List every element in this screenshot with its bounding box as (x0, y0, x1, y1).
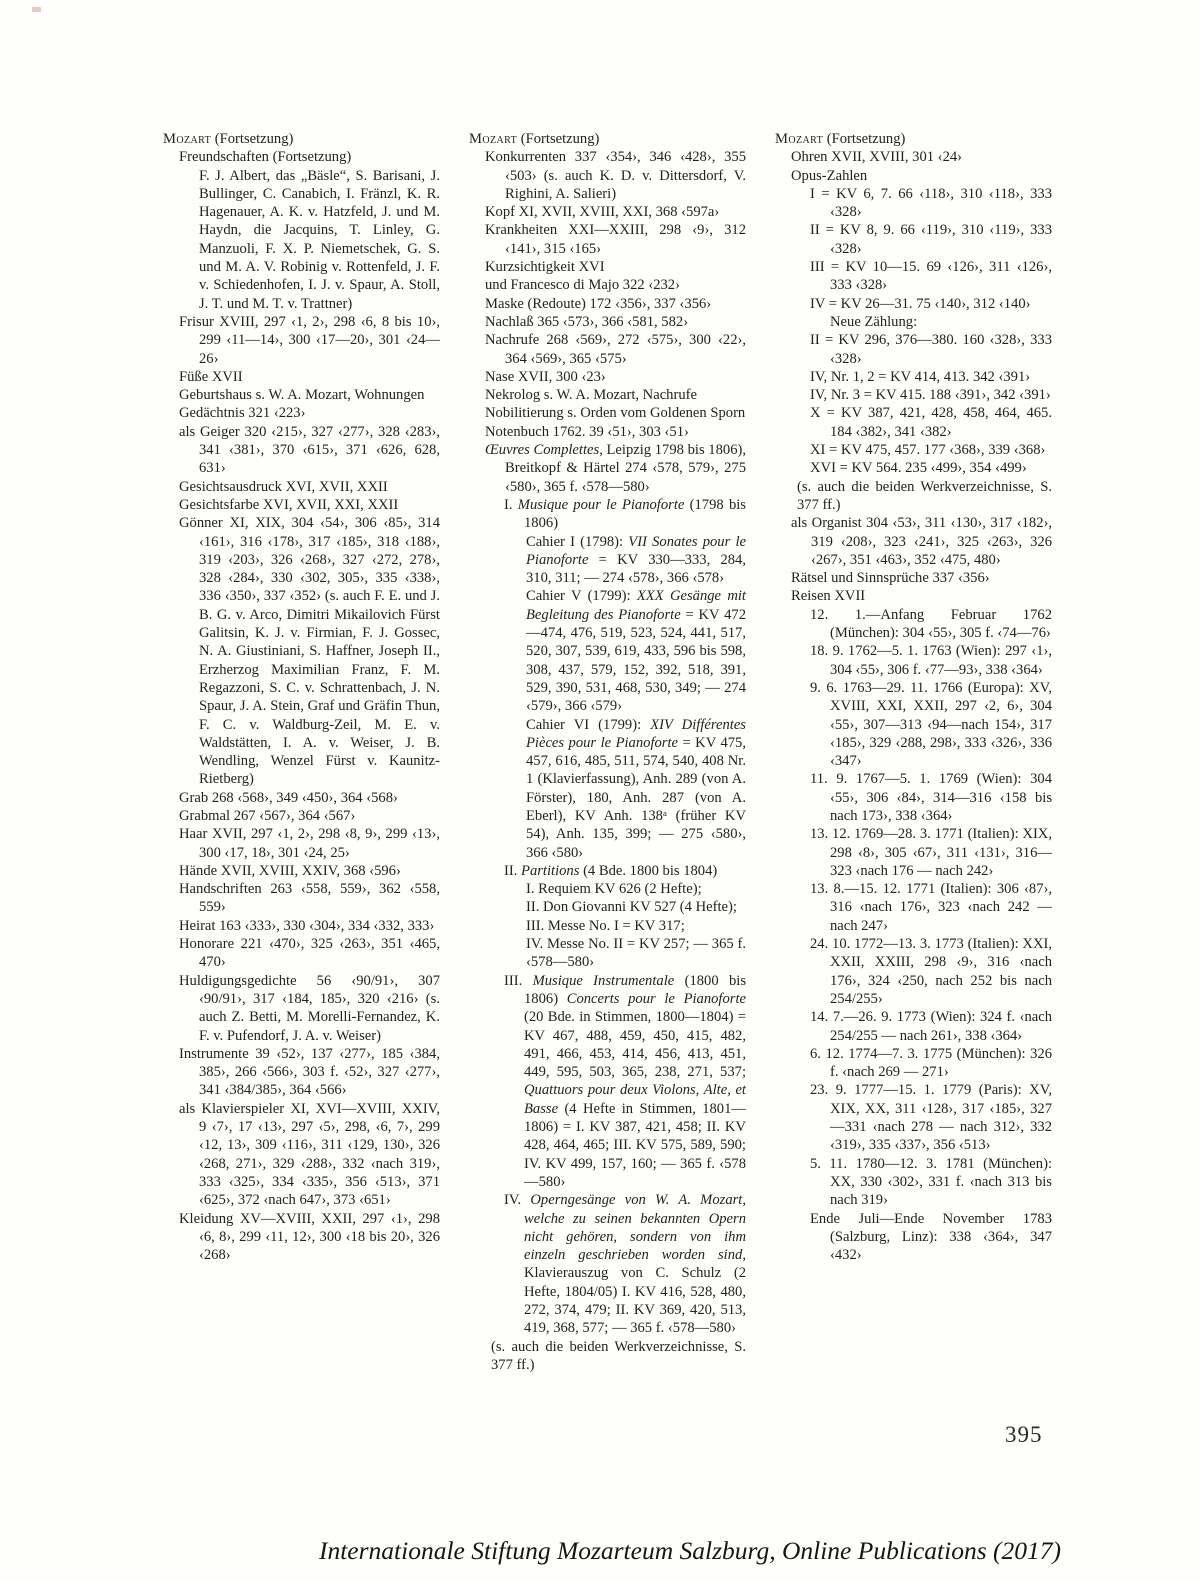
index-entry: IV. Messe No. II = KV 257; — 365 f. ‹578… (469, 935, 746, 972)
index-entry: und Francesco di Majo 322 ‹232› (469, 276, 746, 294)
index-entry: Œuvres Complettes, Leipzig 1798 bis 1806… (469, 441, 746, 496)
index-entry: 6. 12. 1774—7. 3. 1775 (München): 326 f.… (775, 1045, 1052, 1082)
index-entry: Gesichtsausdruck XVI, XVII, XXII (163, 478, 440, 496)
scan-artifact-mark (32, 7, 41, 12)
index-entry: Kleidung XV—XVIII, XXII, 297 ‹1›, 298 ‹6… (163, 1210, 440, 1265)
index-entry: I. Musique pour le Pianoforte (1798 bis … (469, 496, 746, 533)
index-entry: Heirat 163 ‹333›, 330 ‹304›, 334 ‹332, 3… (163, 917, 440, 935)
index-entry: II. Don Giovanni KV 527 (4 Hefte); (469, 898, 746, 916)
index-entry: 9. 6. 1763—29. 11. 1766 (Europa): XV, XV… (775, 679, 1052, 770)
index-entry: 18. 9. 1762—5. 1. 1763 (Wien): 297 ‹1›, … (775, 642, 1052, 679)
index-entry: Geburtshaus s. W. A. Mozart, Wohnungen (163, 386, 440, 404)
index-entry: Füße XVII (163, 368, 440, 386)
index-entry: Ohren XVII, XVIII, 301 ‹24› (775, 148, 1052, 166)
index-entry: IV. Operngesänge von W. A. Mozart, welch… (469, 1191, 746, 1337)
index-entry: Grab 268 ‹568›, 349 ‹450›, 364 ‹568› (163, 789, 440, 807)
index-column-middle: Mozart (Fortsetzung)Konkurrenten 337 ‹35… (469, 130, 746, 1374)
index-entry: IV, Nr. 3 = KV 415. 188 ‹391›, 342 ‹391› (775, 386, 1052, 404)
index-entry: Cahier I (1798): VII Sonates pour le Pia… (469, 533, 746, 588)
index-entry: als Klavierspieler XI, XVI—XVIII, XXIV, … (163, 1100, 440, 1210)
index-entry: 14. 7.—26. 9. 1773 (Wien): 324 f. ‹nach … (775, 1008, 1052, 1045)
heading-smallcaps: Mozart (775, 131, 823, 147)
column-heading: Mozart (Fortsetzung) (469, 130, 746, 148)
index-entry: Gönner XI, XIX, 304 ‹54›, 306 ‹85›, 314 … (163, 514, 440, 788)
index-entry: Notenbuch 1762. 39 ‹51›, 303 ‹51› (469, 423, 746, 441)
index-entry: IV, Nr. 1, 2 = KV 414, 413. 342 ‹391› (775, 368, 1052, 386)
index-entry: Nachlaß 365 ‹573›, 366 ‹581, 582› (469, 313, 746, 331)
index-entry: (s. auch die beiden Werkverzeichnisse, S… (469, 1338, 746, 1375)
index-entry: Cahier VI (1799): XIV Différentes Pièces… (469, 716, 746, 862)
index-entry: Rätsel und Sinnsprüche 337 ‹356› (775, 569, 1052, 587)
scanned-book-page: Mozart (Fortsetzung)Freundschaften (Fort… (0, 0, 1200, 1581)
index-entry: Cahier V (1799): XXX Gesänge mit Begleit… (469, 587, 746, 715)
column-heading: Mozart (Fortsetzung) (163, 130, 440, 148)
heading-smallcaps: Mozart (469, 131, 517, 147)
index-entry: Freundschaften (Fortsetzung) (163, 148, 440, 166)
index-entry: Grabmal 267 ‹567›, 364 ‹567› (163, 807, 440, 825)
index-entry: Kurzsichtigkeit XVI (469, 258, 746, 276)
index-entry: II = KV 8, 9. 66 ‹119›, 310 ‹119›, 333 ‹… (775, 221, 1052, 258)
index-entry: als Geiger 320 ‹215›, 327 ‹277›, 328 ‹28… (163, 423, 440, 478)
index-entry: Gedächtnis 321 ‹223› (163, 404, 440, 422)
index-entry: XVI = KV 564. 235 ‹499›, 354 ‹499› (775, 459, 1052, 477)
page-number: 395 (1005, 1422, 1043, 1448)
index-entry: III. Messe No. I = KV 317; (469, 917, 746, 935)
index-entry: Frisur XVIII, 297 ‹1, 2›, 298 ‹6, 8 bis … (163, 313, 440, 368)
index-entry: III = KV 10—15. 69 ‹126›, 311 ‹126›, 333… (775, 258, 1052, 295)
index-entry: X = KV 387, 421, 428, 458, 464, 465. 184… (775, 404, 1052, 441)
index-entry: Ende Juli—Ende November 1783 (Salzburg, … (775, 1210, 1052, 1265)
index-entry: III. Musique Instrumentale (1800 bis 180… (469, 972, 746, 1192)
index-entry: II. Partitions (4 Bde. 1800 bis 1804) (469, 862, 746, 880)
index-entry: Huldigungsgedichte 56 ‹90/91›, 307 ‹90/9… (163, 972, 440, 1045)
index-entry: Gesichtsfarbe XVI, XVII, XXI, XXII (163, 496, 440, 514)
index-entry: XI = KV 475, 457. 177 ‹368›, 339 ‹368› (775, 441, 1052, 459)
index-entry: als Organist 304 ‹53›, 311 ‹130›, 317 ‹1… (775, 514, 1052, 569)
index-entry: 23. 9. 1777—15. 1. 1779 (Paris): XV, XIX… (775, 1081, 1052, 1154)
index-entry: Handschriften 263 ‹558, 559›, 362 ‹558, … (163, 880, 440, 917)
index-entry: F. J. Albert, das „Bäsle“, S. Barisani, … (163, 167, 440, 313)
column-heading: Mozart (Fortsetzung) (775, 130, 1052, 148)
index-entry: Instrumente 39 ‹52›, 137 ‹277›, 185 ‹384… (163, 1045, 440, 1100)
index-entry: Nekrolog s. W. A. Mozart, Nachrufe (469, 386, 746, 404)
index-entry: Hände XVII, XVIII, XXIV, 368 ‹596› (163, 862, 440, 880)
index-entry: 24. 10. 1772—13. 3. 1773 (Italien): XXI,… (775, 935, 1052, 1008)
index-entry: 13. 8.—15. 12. 1771 (Italien): 306 ‹87›,… (775, 880, 1052, 935)
index-entry: II = KV 296, 376—380. 160 ‹328›, 333 ‹32… (775, 331, 1052, 368)
index-columns: Mozart (Fortsetzung)Freundschaften (Fort… (163, 130, 1052, 1374)
index-entry: 13. 12. 1769—28. 3. 1771 (Italien): XIX,… (775, 825, 1052, 880)
index-entry: Nachrufe 268 ‹569›, 272 ‹575›, 300 ‹22›,… (469, 331, 746, 368)
index-entry: Reisen XVII (775, 587, 1052, 605)
heading-smallcaps: Mozart (163, 131, 211, 147)
index-entry: Haar XVII, 297 ‹1, 2›, 298 ‹8, 9›, 299 ‹… (163, 825, 440, 862)
index-entry: Maske (Redoute) 172 ‹356›, 337 ‹356› (469, 295, 746, 313)
index-entry: Neue Zählung: (775, 313, 1052, 331)
index-entry: Nobilitierung s. Orden vom Goldenen Spor… (469, 404, 746, 422)
index-entry: Konkurrenten 337 ‹354›, 346 ‹428›, 355 ‹… (469, 148, 746, 203)
index-entry: Honorare 221 ‹470›, 325 ‹263›, 351 ‹465,… (163, 935, 440, 972)
footer-credit: Internationale Stiftung Mozarteum Salzbu… (180, 1536, 1200, 1566)
index-entry: 11. 9. 1767—5. 1. 1769 (Wien): 304 ‹55›,… (775, 770, 1052, 825)
index-entry: I. Requiem KV 626 (2 Hefte); (469, 880, 746, 898)
heading-rest: (Fortsetzung) (517, 131, 599, 147)
index-column-right: Mozart (Fortsetzung)Ohren XVII, XVIII, 3… (775, 130, 1052, 1374)
index-entry: IV = KV 26—31. 75 ‹140›, 312 ‹140› (775, 295, 1052, 313)
index-entry: I = KV 6, 7. 66 ‹118›, 310 ‹118›, 333 ‹3… (775, 185, 1052, 222)
index-entry: Nase XVII, 300 ‹23› (469, 368, 746, 386)
index-entry: 5. 11. 1780—12. 3. 1781 (München): XX, 3… (775, 1155, 1052, 1210)
index-entry: Kopf XI, XVII, XVIII, XXI, 368 ‹597a› (469, 203, 746, 221)
index-entry: (s. auch die beiden Werkverzeichnisse, S… (775, 478, 1052, 515)
heading-rest: (Fortsetzung) (211, 131, 293, 147)
index-entry: Opus-Zahlen (775, 167, 1052, 185)
index-column-left: Mozart (Fortsetzung)Freundschaften (Fort… (163, 130, 440, 1374)
index-entry: 12. 1.—Anfang Februar 1762 (München): 30… (775, 606, 1052, 643)
index-entry: Krankheiten XXI—XXIII, 298 ‹9›, 312 ‹141… (469, 221, 746, 258)
heading-rest: (Fortsetzung) (823, 131, 905, 147)
